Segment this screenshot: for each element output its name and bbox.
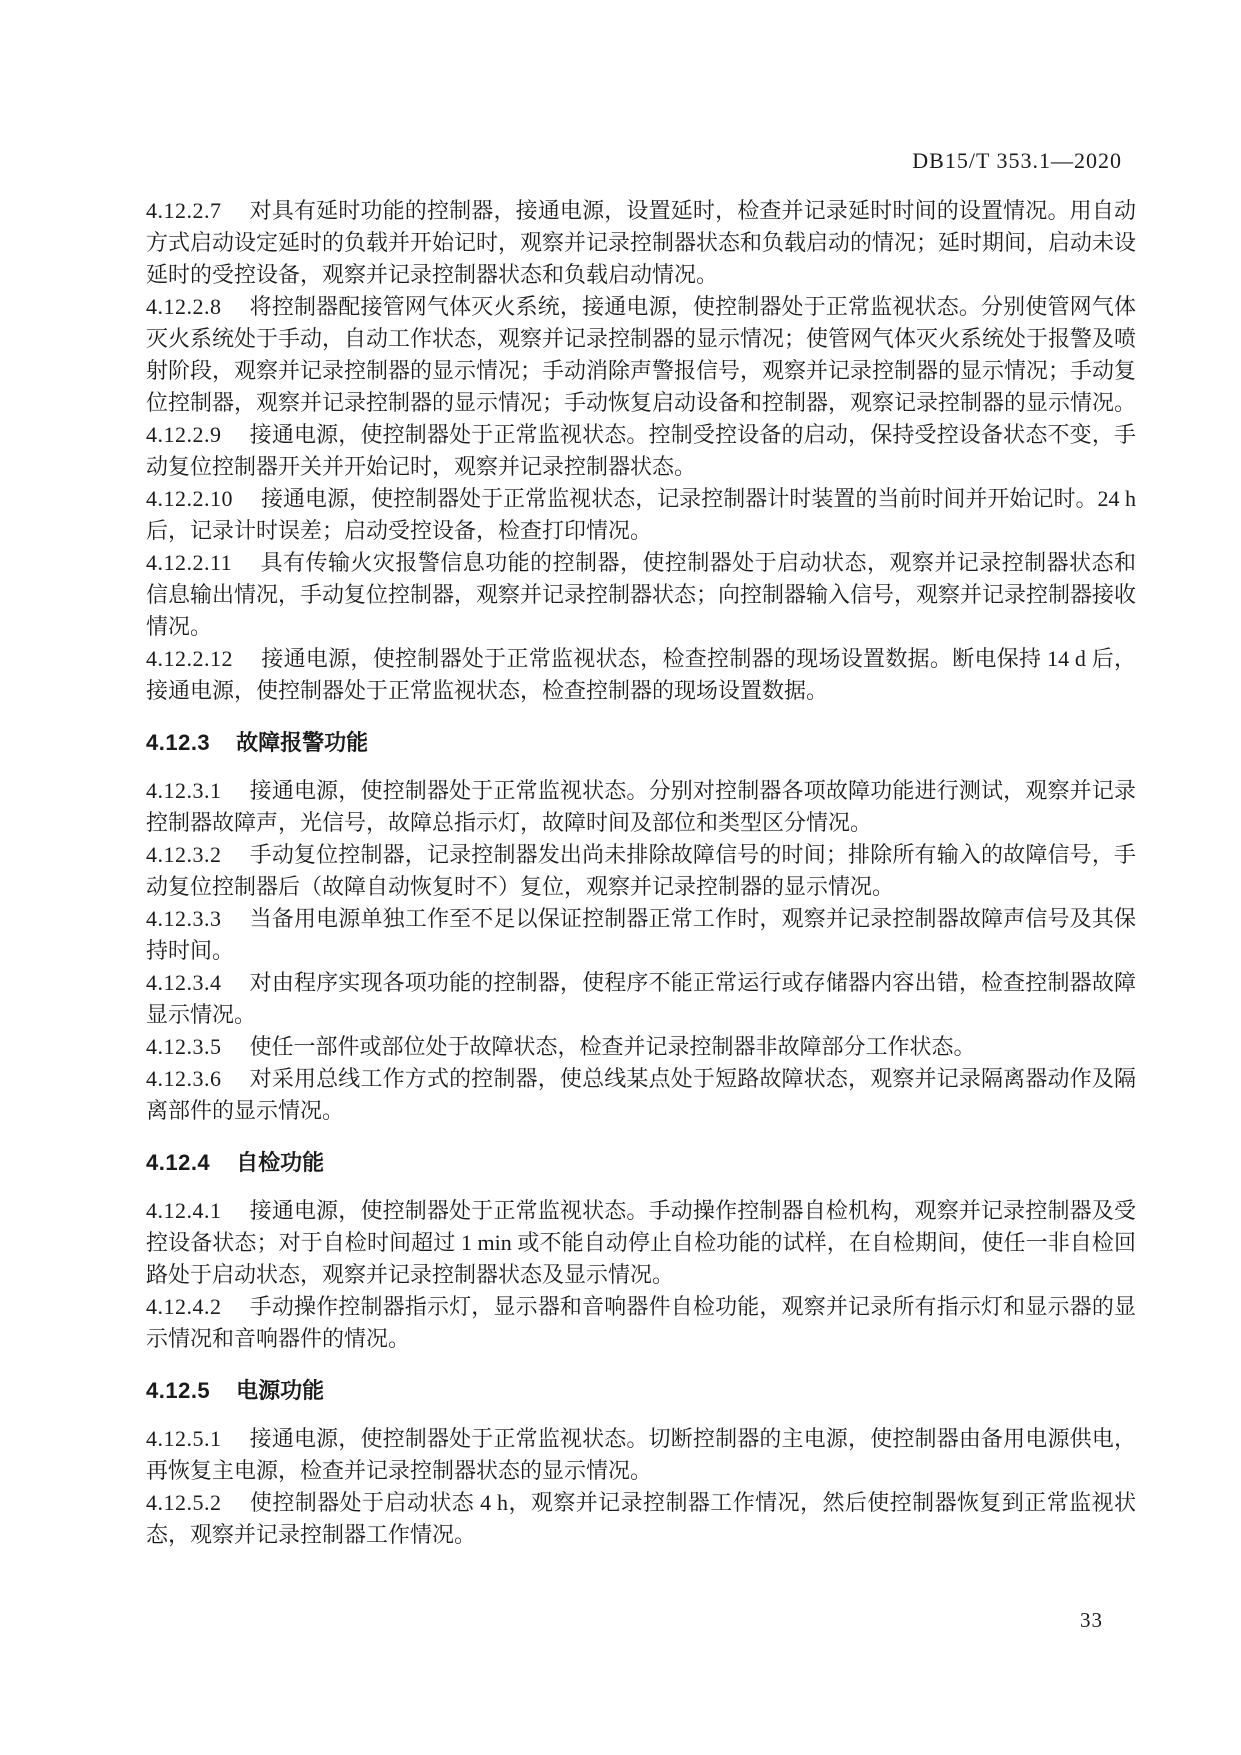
clause-text: 对由程序实现各项功能的控制器，使程序不能正常运行或存储器内容出错，检查控制器故障… xyxy=(146,970,1136,1027)
clause-paragraph: 4.12.3.6对采用总线工作方式的控制器，使总线某点处于短路故障状态，观察并记… xyxy=(146,1063,1136,1127)
clause-text: 当备用电源单独工作至不足以保证控制器正常工作时，观察并记录控制器故障声信号及其保… xyxy=(146,906,1136,963)
document-page: DB15/T 353.1—2020 4.12.2.7对具有延时功能的控制器，接通… xyxy=(0,0,1241,1755)
clause-number: 4.12.3.5 xyxy=(146,1034,222,1059)
section-number: 4.12.3 xyxy=(146,730,210,755)
clause-text: 手动操作控制器指示灯，显示器和音响器件自检功能，观察并记录所有指示灯和显示器的显… xyxy=(146,1294,1136,1351)
section-title: 自检功能 xyxy=(236,1150,324,1175)
clause-text: 使控制器处于启动状态 4 h，观察并记录控制器工作情况，然后使控制器恢复到正常监… xyxy=(146,1490,1136,1547)
clause-paragraph: 4.12.5.1接通电源，使控制器处于正常监视状态。切断控制器的主电源，使控制器… xyxy=(146,1423,1136,1487)
clause-number: 4.12.5.2 xyxy=(146,1490,222,1515)
section-heading: 4.12.3故障报警功能 xyxy=(146,727,1136,759)
clause-text: 接通电源，使控制器处于正常监视状态。手动操作控制器自检机构，观察并记录控制器及受… xyxy=(146,1198,1136,1287)
clause-number: 4.12.3.3 xyxy=(146,906,222,931)
clause-text: 手动复位控制器，记录控制器发出尚未排除故障信号的时间；排除所有输入的故障信号，手… xyxy=(146,842,1136,899)
clause-paragraph: 4.12.4.1接通电源，使控制器处于正常监视状态。手动操作控制器自检机构，观察… xyxy=(146,1195,1136,1291)
header-doc-code: DB15/T 353.1—2020 xyxy=(0,148,1122,174)
clause-paragraph: 4.12.3.2手动复位控制器，记录控制器发出尚未排除故障信号的时间；排除所有输… xyxy=(146,839,1136,903)
clause-text: 接通电源，使控制器处于正常监视状态。控制受控设备的启动，保持受控设备状态不变，手… xyxy=(146,422,1136,479)
clause-number: 4.12.4.1 xyxy=(146,1198,222,1223)
section-heading: 4.12.4自检功能 xyxy=(146,1147,1136,1179)
clause-paragraph: 4.12.5.2使控制器处于启动状态 4 h，观察并记录控制器工作情况，然后使控… xyxy=(146,1487,1136,1551)
section-number: 4.12.4 xyxy=(146,1150,210,1175)
clause-text: 对采用总线工作方式的控制器，使总线某点处于短路故障状态，观察并记录隔离器动作及隔… xyxy=(146,1066,1136,1123)
section-number: 4.12.5 xyxy=(146,1378,210,1403)
clause-paragraph: 4.12.2.11具有传输火灾报警信息功能的控制器，使控制器处于启动状态，观察并… xyxy=(146,547,1136,643)
clause-number: 4.12.2.7 xyxy=(146,198,222,223)
clause-paragraph: 4.12.3.4对由程序实现各项功能的控制器，使程序不能正常运行或存储器内容出错… xyxy=(146,967,1136,1031)
clause-text: 对具有延时功能的控制器，接通电源，设置延时，检查并记录延时时间的设置情况。用自动… xyxy=(146,198,1136,287)
clause-text: 接通电源，使控制器处于正常监视状态。分别对控制器各项故障功能进行测试，观察并记录… xyxy=(146,778,1136,835)
clause-paragraph: 4.12.2.12接通电源，使控制器处于正常监视状态，检查控制器的现场设置数据。… xyxy=(146,643,1136,707)
document-blocks: 4.12.2.7对具有延时功能的控制器，接通电源，设置延时，检查并记录延时时间的… xyxy=(146,195,1136,1551)
clause-number: 4.12.2.10 xyxy=(146,486,233,511)
clause-text: 接通电源，使控制器处于正常监视状态，检查控制器的现场设置数据。断电保持 14 d… xyxy=(146,646,1136,703)
clause-text: 将控制器配接管网气体灭火系统，接通电源，使控制器处于正常监视状态。分别使管网气体… xyxy=(146,294,1136,415)
clause-number: 4.12.2.12 xyxy=(146,646,233,671)
section-heading: 4.12.5电源功能 xyxy=(146,1375,1136,1407)
clause-paragraph: 4.12.4.2手动操作控制器指示灯，显示器和音响器件自检功能，观察并记录所有指… xyxy=(146,1291,1136,1355)
clause-number: 4.12.2.11 xyxy=(146,550,232,575)
clause-paragraph: 4.12.2.10接通电源，使控制器处于正常监视状态，记录控制器计时装置的当前时… xyxy=(146,483,1136,547)
clause-paragraph: 4.12.2.7对具有延时功能的控制器，接通电源，设置延时，检查并记录延时时间的… xyxy=(146,195,1136,291)
clause-paragraph: 4.12.2.8将控制器配接管网气体灭火系统，接通电源，使控制器处于正常监视状态… xyxy=(146,291,1136,419)
clause-paragraph: 4.12.3.1接通电源，使控制器处于正常监视状态。分别对控制器各项故障功能进行… xyxy=(146,775,1136,839)
clause-text: 具有传输火灾报警信息功能的控制器，使控制器处于启动状态，观察并记录控制器状态和信… xyxy=(146,550,1136,639)
section-title: 故障报警功能 xyxy=(236,730,368,755)
clause-text: 使任一部件或部位处于故障状态，检查并记录控制器非故障部分工作状态。 xyxy=(250,1034,976,1059)
clause-number: 4.12.3.1 xyxy=(146,778,222,803)
clause-number: 4.12.2.9 xyxy=(146,422,222,447)
clause-number: 4.12.3.4 xyxy=(146,970,222,995)
page-number: 33 xyxy=(1080,1608,1103,1633)
clause-number: 4.12.5.1 xyxy=(146,1426,222,1451)
clause-text: 接通电源，使控制器处于正常监视状态。切断控制器的主电源，使控制器由备用电源供电，… xyxy=(146,1426,1136,1483)
section-title: 电源功能 xyxy=(236,1378,324,1403)
clause-number: 4.12.4.2 xyxy=(146,1294,222,1319)
clause-text: 接通电源，使控制器处于正常监视状态，记录控制器计时装置的当前时间并开始记时。24… xyxy=(146,486,1136,543)
clause-paragraph: 4.12.3.3当备用电源单独工作至不足以保证控制器正常工作时，观察并记录控制器… xyxy=(146,903,1136,967)
clause-paragraph: 4.12.2.9接通电源，使控制器处于正常监视状态。控制受控设备的启动，保持受控… xyxy=(146,419,1136,483)
clause-number: 4.12.2.8 xyxy=(146,294,222,319)
clause-paragraph: 4.12.3.5使任一部件或部位处于故障状态，检查并记录控制器非故障部分工作状态… xyxy=(146,1031,1136,1063)
clause-number: 4.12.3.6 xyxy=(146,1066,222,1091)
clause-number: 4.12.3.2 xyxy=(146,842,222,867)
